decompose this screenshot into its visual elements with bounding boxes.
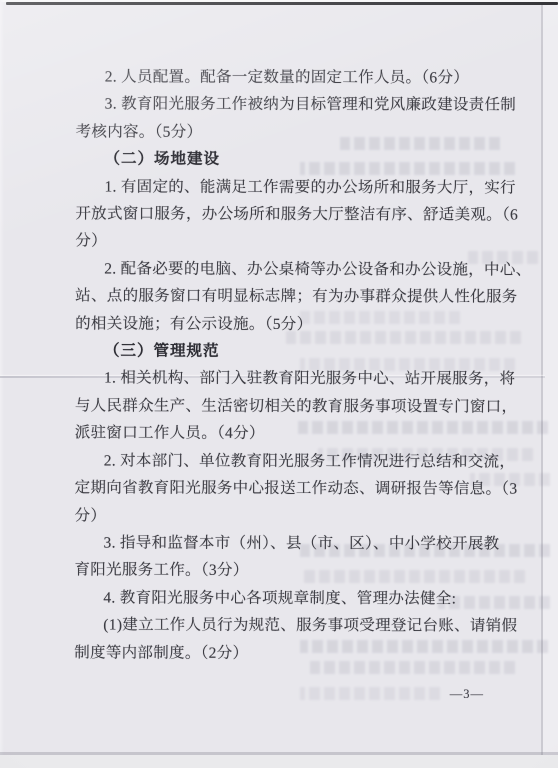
text-line: 的相关设施；有公示设施。（5分） xyxy=(75,310,525,339)
text-line: 3. 指导和监督本市（州）、县（市、区）、中小学校开展教 xyxy=(74,529,524,558)
page-left-edge xyxy=(0,0,4,768)
text-line: 考核内容。（5分） xyxy=(76,118,526,147)
section-heading: （二）场地建设 xyxy=(76,146,526,175)
text-line: 站、点的服务窗口有明显标志牌；有为办事群众提供人性化服务 xyxy=(75,283,525,312)
text-line: 制度等内部制度。（2分） xyxy=(74,639,524,668)
text-line: 2. 配备必要的电脑、办公桌椅等办公设备和办公设施，中心、 xyxy=(75,255,525,284)
text-line: 育阳光服务工作。（3分） xyxy=(74,557,524,586)
text-line: 1. 有固定的、能满足工作需要的办公场所和服务大厅，实行 xyxy=(75,173,525,202)
scanner-bottom-strip xyxy=(0,755,558,768)
text-line: 2. 对本部门、单位教育阳光服务工作情况进行总结和交流， xyxy=(75,447,525,476)
text-line: (1)建立工作人员行为规范、服务事项受理登记台账、请销假 xyxy=(74,612,524,641)
scanner-edge-line xyxy=(6,2,558,5)
page-number: —3— xyxy=(450,687,484,702)
scanned-page: 2. 人员配置。配备一定数量的固定工作人员。（6分） 3. 教育阳光服务工作被纳… xyxy=(0,0,558,768)
section-heading: （三）管理规范 xyxy=(75,337,525,366)
text-line: 2. 人员配置。配备一定数量的固定工作人员。（6分） xyxy=(76,63,526,92)
bleedthrough-artifact xyxy=(300,687,440,700)
text-line: 4. 教育阳光服务中心各项规章制度、管理办法健全: xyxy=(74,584,524,613)
text-line: 分） xyxy=(75,228,525,257)
text-line: 分） xyxy=(75,502,525,531)
text-line: 1. 相关机构、部门入驻教育阳光服务中心、站开展服务，将 xyxy=(75,365,525,394)
text-line: 3. 教育阳光服务工作被纳为目标管理和党风廉政建设责任制 xyxy=(76,91,526,120)
text-line: 开放式窗口服务，办公场所和服务大厅整洁有序、舒适美观。（6 xyxy=(75,200,525,229)
text-line: 与人民群众生产、生活密切相关的教育服务事项设置专门窗口， xyxy=(75,392,525,421)
text-line: 派驻窗口工作人员。（4分） xyxy=(75,420,525,449)
text-line: 定期向省教育阳光服务中心报送工作动态、调研报告等信息。（3 xyxy=(75,475,525,504)
document-body: 2. 人员配置。配备一定数量的固定工作人员。（6分） 3. 教育阳光服务工作被纳… xyxy=(74,63,526,667)
